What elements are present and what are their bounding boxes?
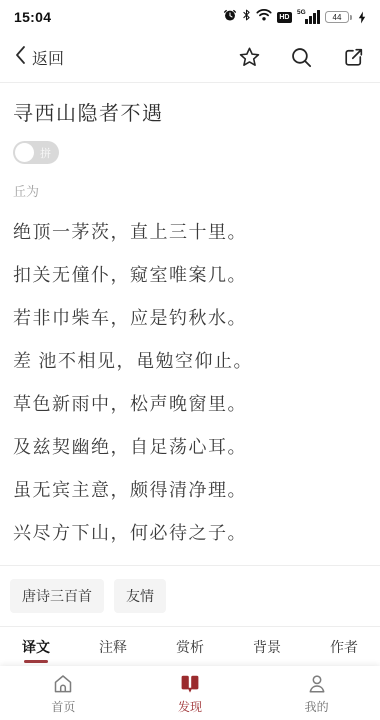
- app-header: 返回: [0, 32, 380, 83]
- tab-appreciation[interactable]: 赏析: [176, 627, 204, 666]
- nav-home[interactable]: 首页: [0, 666, 127, 720]
- signal-icon: 5G: [297, 10, 320, 25]
- header-actions: [237, 45, 366, 70]
- nav-label: 我的: [305, 698, 329, 715]
- poem-line: 草色新雨中，松声晚窗里。: [13, 393, 367, 415]
- battery-icon: 44: [325, 11, 349, 23]
- poem-body: 绝顶一茅茨，直上三十里。 扣关无僮仆，窥室唯案几。 若非巾柴车，应是钓秋水。 差…: [13, 221, 367, 544]
- content-tabs: 译文 注释 赏析 背景 作者: [0, 627, 380, 666]
- person-icon: [305, 672, 329, 696]
- poem-line: 绝顶一茅茨，直上三十里。: [13, 221, 367, 243]
- tab-background[interactable]: 背景: [253, 627, 281, 666]
- poem-section: 寻西山隐者不遇 拼 丘为 绝顶一茅茨，直上三十里。 扣关无僮仆，窥室唯案几。 若…: [0, 97, 380, 544]
- tab-label: 注释: [99, 637, 127, 657]
- wifi-icon: [256, 8, 272, 26]
- tab-annotation[interactable]: 注释: [99, 627, 127, 666]
- nav-label: 首页: [51, 698, 75, 715]
- signal-bars: [305, 10, 320, 24]
- nav-label: 发现: [178, 698, 202, 715]
- tab-translation[interactable]: 译文: [22, 627, 50, 666]
- hd-badge: HD: [277, 12, 292, 23]
- tab-label: 作者: [330, 637, 358, 657]
- status-icons: HD 5G 44: [223, 8, 366, 27]
- active-tab-underline: [24, 660, 48, 663]
- status-bar: 15:04 HD 5G: [0, 0, 380, 32]
- pinyin-toggle[interactable]: 拼: [13, 141, 59, 164]
- poem-line: 及兹契幽绝，自足荡心耳。: [13, 436, 367, 458]
- poem-line: 差 池不相见，黾勉空仰止。: [13, 350, 367, 372]
- tab-label: 背景: [253, 637, 281, 657]
- tags-row: 唐诗三百首 友情: [0, 566, 380, 626]
- back-button[interactable]: 返回: [14, 45, 64, 70]
- tab-label: 译文: [22, 637, 50, 657]
- poem-author: 丘为: [13, 181, 367, 200]
- poem-title: 寻西山隐者不遇: [13, 97, 367, 126]
- tag-tangshi-sanbaishou[interactable]: 唐诗三百首: [10, 579, 104, 613]
- charging-bolt-icon: [358, 11, 366, 24]
- tab-label: 赏析: [176, 637, 204, 657]
- clock-time: 15:04: [14, 9, 51, 25]
- book-icon: [178, 672, 202, 696]
- search-icon[interactable]: [289, 45, 314, 70]
- favorite-star-icon[interactable]: [237, 45, 262, 70]
- nav-discover[interactable]: 发现: [127, 666, 254, 720]
- chevron-left-icon: [14, 45, 26, 70]
- bottom-nav: 首页 发现 我的: [0, 666, 380, 720]
- toggle-knob: [15, 143, 34, 162]
- nav-mine[interactable]: 我的: [253, 666, 380, 720]
- tab-author[interactable]: 作者: [330, 627, 358, 666]
- pinyin-toggle-label: 拼: [40, 145, 51, 161]
- poem-line: 虽无宾主意，颇得清净理。: [13, 479, 367, 501]
- back-label: 返回: [32, 46, 64, 69]
- alarm-icon: [223, 8, 237, 27]
- home-icon: [51, 672, 75, 696]
- bluetooth-icon: [242, 8, 251, 27]
- tag-youqing[interactable]: 友情: [114, 579, 166, 613]
- poem-line: 扣关无僮仆，窥室唯案几。: [13, 264, 367, 286]
- poem-line: 兴尽方下山，何必待之子。: [13, 522, 367, 544]
- battery-level: 44: [333, 13, 342, 22]
- poem-line: 若非巾柴车，应是钓秋水。: [13, 307, 367, 329]
- share-icon[interactable]: [341, 45, 366, 70]
